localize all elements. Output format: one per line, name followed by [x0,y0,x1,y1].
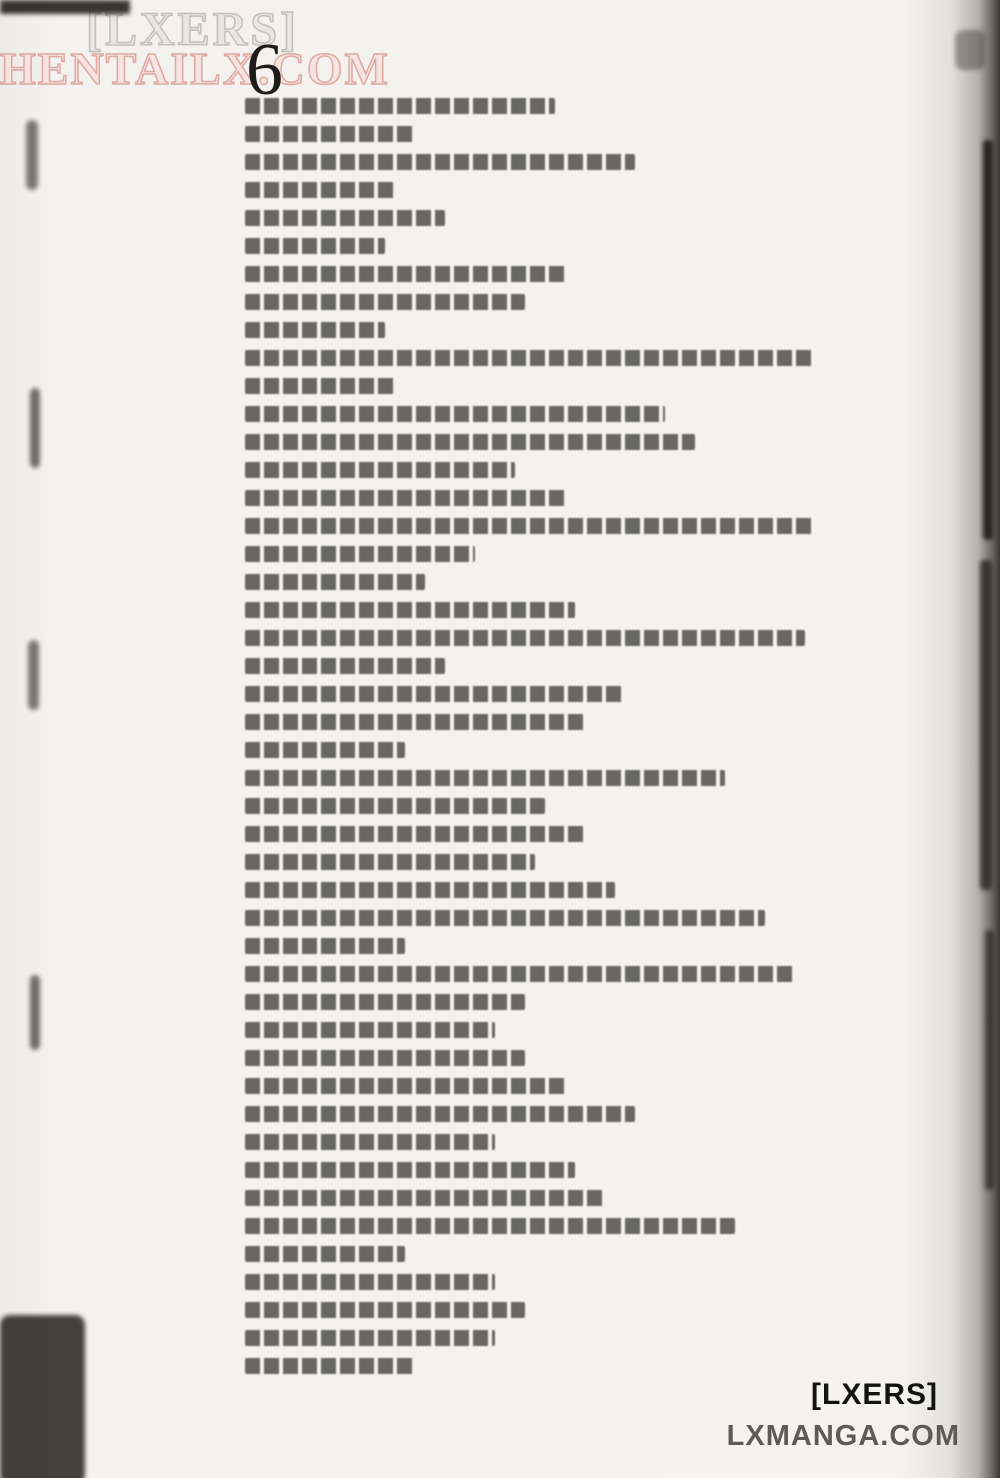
redacted-text-line [245,1358,415,1374]
watermark-bottom-tag: [LXERS] [811,1378,938,1412]
scan-artifact [26,120,38,190]
redacted-text-line [245,126,415,142]
scan-artifact [30,975,40,1050]
redacted-text-line [245,434,695,450]
redacted-text-line [245,826,585,842]
redacted-text-line [245,1274,495,1290]
redacted-text-line [245,602,575,618]
watermark-site-top: HENTAILX.COM [0,42,390,95]
watermark-site-bottom: LXMANGA.COM [727,1420,960,1453]
redacted-text-line [245,938,405,954]
redacted-text-line [245,1190,605,1206]
redacted-text-line [245,266,565,282]
redacted-text-line [245,322,385,338]
redacted-text-line [245,1302,525,1318]
redacted-text-line [245,1134,495,1150]
redacted-text-line [245,238,385,254]
redacted-text-line [245,350,815,366]
redacted-text-line [245,742,405,758]
redacted-text-line [245,798,545,814]
redacted-text-line [245,490,565,506]
redacted-text-line [245,1330,495,1346]
redacted-text-line [245,294,525,310]
redacted-text-line [245,154,635,170]
redacted-dialogue-block [245,98,865,1386]
redacted-text-line [245,854,535,870]
redacted-text-line [245,966,795,982]
scanned-page: [LXERS] HENTAILX.COM 6 [LXERS] LXMANGA.C… [0,0,1000,1478]
scan-artifact [983,140,993,540]
redacted-text-line [245,462,515,478]
redacted-text-line [245,406,665,422]
redacted-text-line [245,1050,525,1066]
redacted-text-line [245,714,585,730]
scan-artifact [955,30,985,70]
redacted-text-line [245,882,615,898]
scan-artifact [0,1315,85,1478]
scan-artifact [30,388,40,468]
redacted-text-line [245,994,525,1010]
redacted-text-line [245,658,445,674]
redacted-text-line [245,574,425,590]
redacted-text-line [245,910,765,926]
redacted-text-line [245,1218,735,1234]
redacted-text-line [245,630,805,646]
redacted-text-line [245,770,725,786]
redacted-text-line [245,1106,635,1122]
redacted-text-line [245,546,475,562]
scan-artifact [985,930,994,1190]
redacted-text-line [245,98,555,114]
redacted-text-line [245,182,395,198]
redacted-text-line [245,210,445,226]
redacted-text-line [245,1078,565,1094]
redacted-text-line [245,1246,405,1262]
redacted-text-line [245,1162,575,1178]
redacted-text-line [245,686,625,702]
redacted-text-line [245,378,395,394]
redacted-text-line [245,1022,495,1038]
redacted-text-line [245,518,815,534]
scan-artifact [28,640,39,710]
scan-artifact [980,560,992,890]
scan-artifact [0,0,130,14]
